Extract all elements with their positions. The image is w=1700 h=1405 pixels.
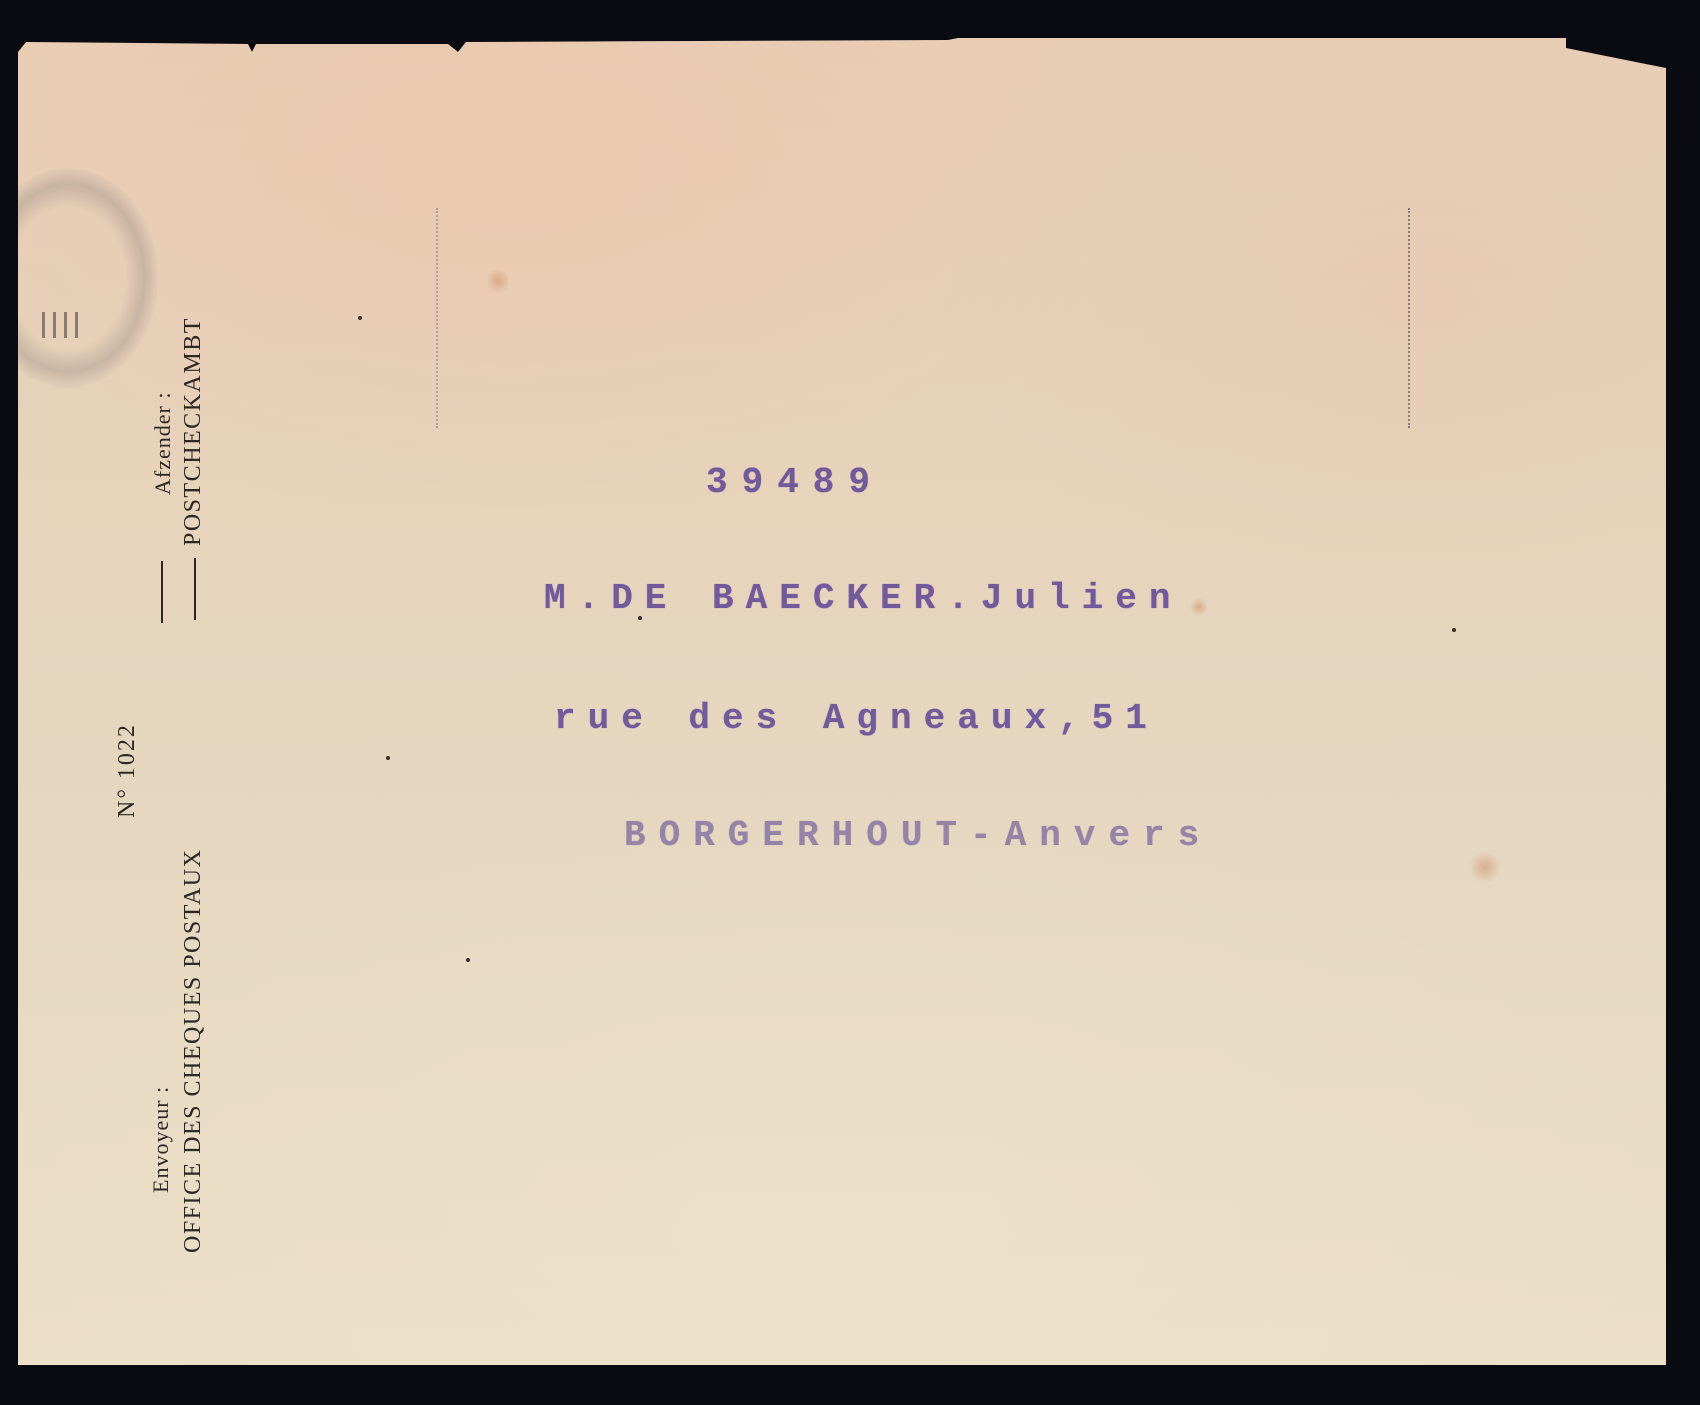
envelope: Afzender : POSTCHECKAMBT N° 1022 Envoyeu…: [18, 38, 1666, 1365]
sender-name-french: OFFICE DES CHEQUES POSTAUX: [180, 849, 207, 1253]
foxing-stain: [488, 266, 508, 296]
stamp-area-outline: [436, 208, 1410, 428]
speck: [466, 958, 470, 962]
recipient-street: rue des Agneaux,51: [554, 698, 1159, 739]
sender-label-dutch: Afzender :: [150, 392, 176, 495]
form-number: N° 1022: [114, 723, 141, 818]
sender-name-dutch: POSTCHECKAMBT: [180, 317, 207, 546]
reference-number: 39489: [706, 462, 884, 503]
sender-block: Afzender : POSTCHECKAMBT N° 1022 Envoyeu…: [106, 178, 266, 1228]
foxing-stain: [1190, 598, 1208, 616]
sender-label-french: Envoyeur :: [148, 1086, 174, 1193]
postmark-bars: [42, 312, 92, 342]
speck: [386, 756, 390, 760]
foxing-stain: [1470, 850, 1500, 884]
recipient-name: M.DE BAECKER.Julien: [544, 578, 1182, 619]
speck: [358, 316, 362, 320]
speck: [638, 616, 642, 620]
recipient-city: BORGERHOUT-Anvers: [624, 815, 1212, 856]
divider-line: [194, 558, 196, 620]
speck: [1452, 628, 1456, 632]
divider-line: [161, 561, 163, 623]
